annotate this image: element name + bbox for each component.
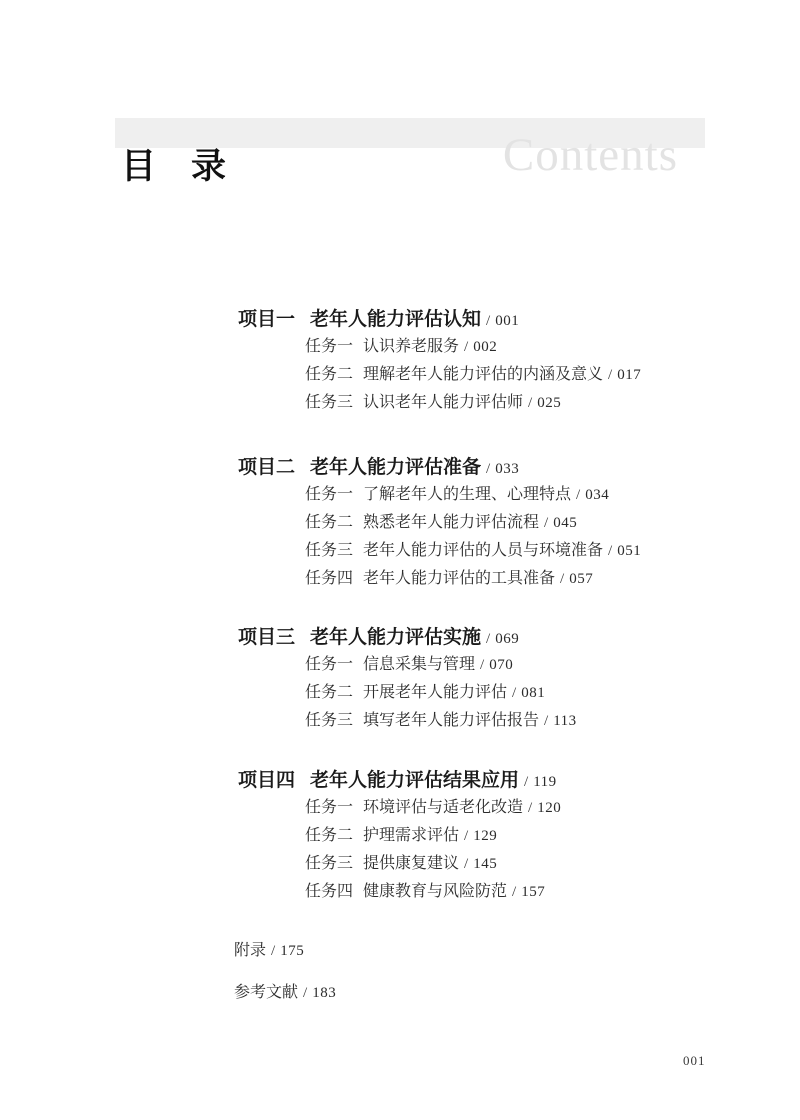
task-title: 熟悉老年人能力评估流程	[363, 509, 539, 537]
task-page-number: 045	[553, 509, 577, 537]
separator: /	[560, 565, 564, 593]
task-title: 护理需求评估	[363, 822, 459, 850]
contents-watermark-text: Contents	[503, 130, 678, 182]
task-page-number: 120	[537, 794, 561, 822]
separator: /	[271, 941, 275, 961]
task-row: 任务一 了解老年人的生理、心理特点 / 034	[305, 481, 658, 509]
task-label: 任务三	[305, 707, 353, 735]
section-title: 老年人能力评估实施	[310, 626, 481, 650]
section-heading: 项目一 老年人能力评估认知 / 001	[238, 308, 658, 333]
task-label: 任务一	[305, 333, 353, 361]
section-heading: 项目四 老年人能力评估结果应用 / 119	[238, 769, 658, 794]
section-page-number: 033	[495, 457, 519, 481]
separator: /	[486, 309, 490, 333]
section-label: 项目三	[238, 626, 295, 650]
task-page-number: 002	[473, 333, 497, 361]
task-page-number: 057	[569, 565, 593, 593]
separator: /	[486, 627, 490, 651]
task-label: 任务二	[305, 509, 353, 537]
separator: /	[544, 707, 548, 735]
appendix-row: 附录 / 175	[234, 941, 304, 961]
task-row: 任务三 提供康复建议 / 145	[305, 850, 658, 878]
references-row: 参考文献 / 183	[234, 983, 336, 1003]
section-heading: 项目三 老年人能力评估实施 / 069	[238, 626, 658, 651]
task-title: 环境评估与适老化改造	[363, 794, 523, 822]
appendix-title: 附录	[234, 941, 266, 961]
task-page-number: 129	[473, 822, 497, 850]
appendix-page-number: 175	[280, 941, 304, 961]
section-label: 项目四	[238, 769, 295, 793]
section-title: 老年人能力评估结果应用	[310, 769, 519, 793]
task-label: 任务二	[305, 361, 353, 389]
separator: /	[486, 457, 490, 481]
task-page-number: 017	[617, 361, 641, 389]
separator: /	[576, 481, 580, 509]
task-row: 任务三 填写老年人能力评估报告 / 113	[305, 707, 658, 735]
section-page-number: 069	[495, 627, 519, 651]
section-heading: 项目二 老年人能力评估准备 / 033	[238, 456, 658, 481]
task-title: 老年人能力评估的工具准备	[363, 565, 555, 593]
task-row: 任务一 环境评估与适老化改造 / 120	[305, 794, 658, 822]
task-label: 任务一	[305, 651, 353, 679]
task-row: 任务三 认识老年人能力评估师 / 025	[305, 389, 658, 417]
task-title: 信息采集与管理	[363, 651, 475, 679]
task-label: 任务三	[305, 850, 353, 878]
task-page-number: 145	[473, 850, 497, 878]
separator: /	[512, 878, 516, 906]
page-title: 目 录	[121, 149, 226, 184]
task-title: 开展老年人能力评估	[363, 679, 507, 707]
task-label: 任务三	[305, 537, 353, 565]
folio-page-number: 001	[683, 1053, 706, 1069]
task-page-number: 113	[553, 707, 576, 735]
task-label: 任务四	[305, 565, 353, 593]
task-label: 任务三	[305, 389, 353, 417]
task-label: 任务四	[305, 878, 353, 906]
task-title: 填写老年人能力评估报告	[363, 707, 539, 735]
separator: /	[303, 983, 307, 1003]
task-title: 提供康复建议	[363, 850, 459, 878]
task-page-number: 051	[617, 537, 641, 565]
task-page-number: 034	[585, 481, 609, 509]
section-label: 项目二	[238, 456, 295, 480]
references-title: 参考文献	[234, 983, 298, 1003]
toc-section-2: 项目二 老年人能力评估准备 / 033 任务一 了解老年人的生理、心理特点 / …	[238, 456, 658, 593]
references-page-number: 183	[312, 983, 336, 1003]
section-title: 老年人能力评估准备	[310, 456, 481, 480]
task-row: 任务二 熟悉老年人能力评估流程 / 045	[305, 509, 658, 537]
task-title: 认识养老服务	[363, 333, 459, 361]
separator: /	[608, 537, 612, 565]
task-title: 了解老年人的生理、心理特点	[363, 481, 571, 509]
task-row: 任务四 老年人能力评估的工具准备 / 057	[305, 565, 658, 593]
separator: /	[524, 770, 528, 794]
task-title: 认识老年人能力评估师	[363, 389, 523, 417]
task-row: 任务二 开展老年人能力评估 / 081	[305, 679, 658, 707]
task-row: 任务二 护理需求评估 / 129	[305, 822, 658, 850]
separator: /	[464, 822, 468, 850]
task-label: 任务一	[305, 481, 353, 509]
task-row: 任务三 老年人能力评估的人员与环境准备 / 051	[305, 537, 658, 565]
section-page-number: 001	[495, 309, 519, 333]
separator: /	[512, 679, 516, 707]
separator: /	[528, 389, 532, 417]
task-page-number: 081	[521, 679, 545, 707]
task-page-number: 157	[521, 878, 545, 906]
toc-section-1: 项目一 老年人能力评估认知 / 001 任务一 认识养老服务 / 002 任务二…	[238, 308, 658, 417]
separator: /	[528, 794, 532, 822]
task-page-number: 070	[489, 651, 513, 679]
toc-section-4: 项目四 老年人能力评估结果应用 / 119 任务一 环境评估与适老化改造 / 1…	[238, 769, 658, 906]
separator: /	[544, 509, 548, 537]
task-title: 理解老年人能力评估的内涵及意义	[363, 361, 603, 389]
section-page-number: 119	[533, 770, 556, 794]
task-label: 任务一	[305, 794, 353, 822]
task-label: 任务二	[305, 679, 353, 707]
task-page-number: 025	[537, 389, 561, 417]
section-title: 老年人能力评估认知	[310, 308, 481, 332]
task-title: 健康教育与风险防范	[363, 878, 507, 906]
task-row: 任务一 认识养老服务 / 002	[305, 333, 658, 361]
separator: /	[464, 850, 468, 878]
toc-section-3: 项目三 老年人能力评估实施 / 069 任务一 信息采集与管理 / 070 任务…	[238, 626, 658, 735]
task-row: 任务四 健康教育与风险防范 / 157	[305, 878, 658, 906]
toc-page: Contents 目 录 项目一 老年人能力评估认知 / 001 任务一 认识养…	[0, 0, 800, 1120]
task-row: 任务一 信息采集与管理 / 070	[305, 651, 658, 679]
separator: /	[464, 333, 468, 361]
task-title: 老年人能力评估的人员与环境准备	[363, 537, 603, 565]
section-label: 项目一	[238, 308, 295, 332]
separator: /	[608, 361, 612, 389]
task-row: 任务二 理解老年人能力评估的内涵及意义 / 017	[305, 361, 658, 389]
separator: /	[480, 651, 484, 679]
task-label: 任务二	[305, 822, 353, 850]
